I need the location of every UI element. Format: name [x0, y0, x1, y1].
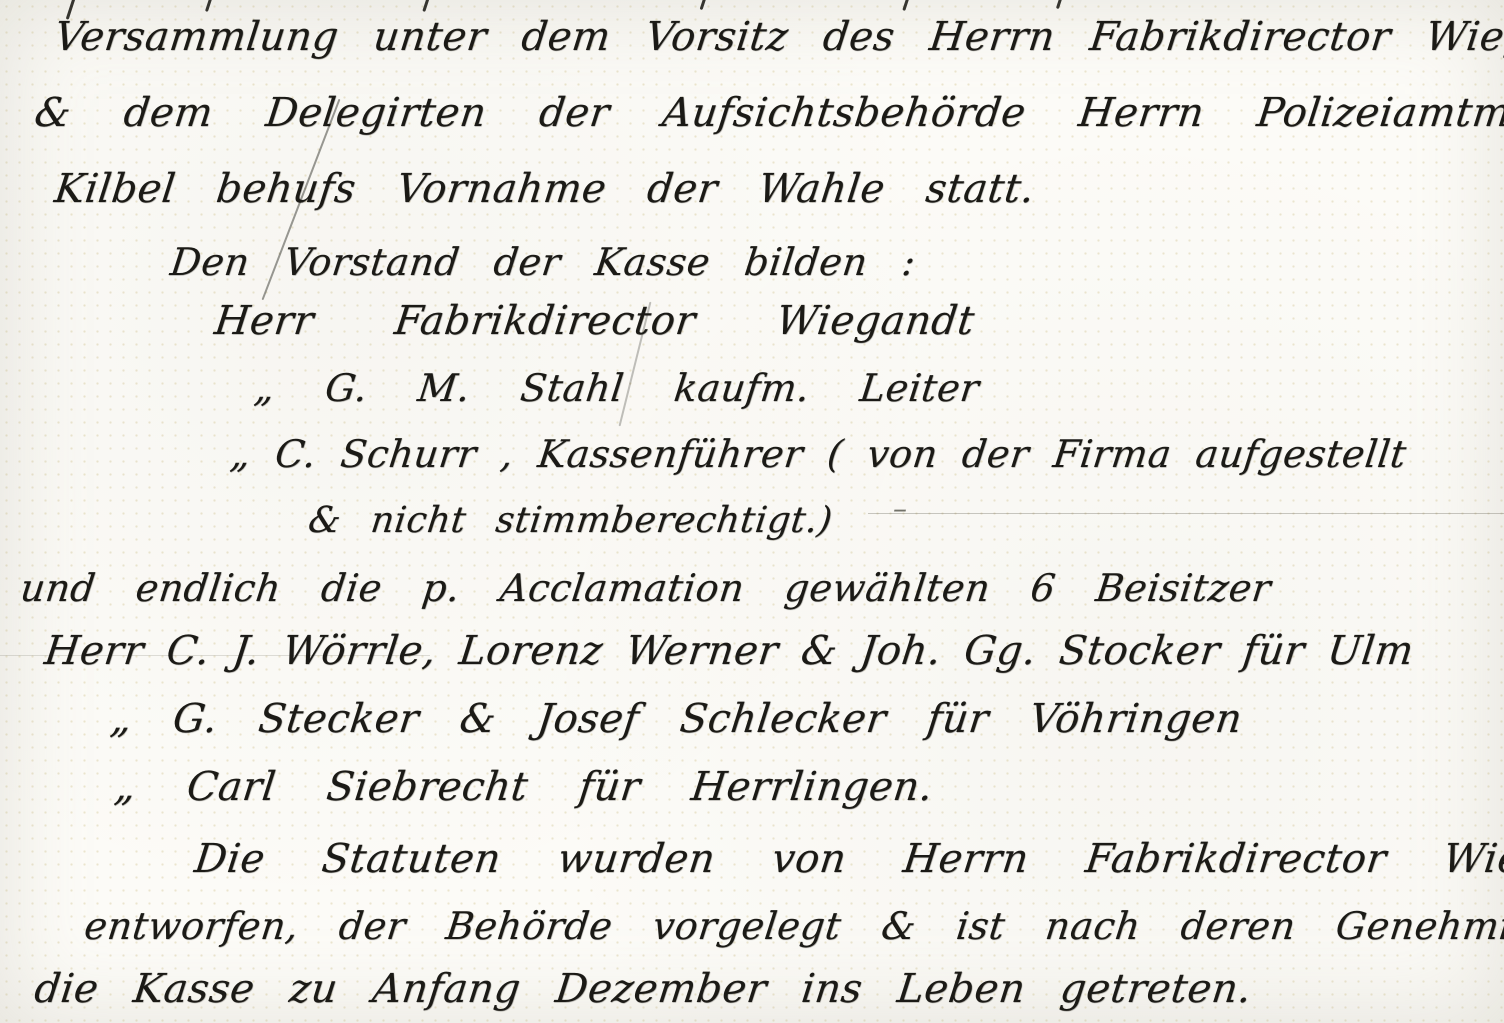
cutoff-stroke	[422, 0, 430, 12]
manuscript-line: und endlich die p. Acclamation gewählten…	[18, 566, 1273, 610]
manuscript-line: die Kasse zu Anfang Dezember ins Leben g…	[32, 966, 1254, 1012]
manuscript-scan-page: – Versammlung unter dem Vorsitz des Herr…	[0, 0, 1504, 1023]
manuscript-line: „ C. Schurr , Kassenführer ( von der Fir…	[228, 432, 1409, 476]
manuscript-line: & nicht stimmberechtigt.)	[306, 500, 835, 541]
manuscript-line: Den Vorstand der Kasse bilden :	[168, 240, 918, 284]
manuscript-line: & dem Delegirten der Aufsichtsbehörde He…	[32, 90, 1504, 136]
manuscript-line: „ G. M. Stahl kaufm. Leiter	[252, 366, 982, 410]
cutoff-stroke	[205, 0, 214, 12]
manuscript-line: Versammlung unter dem Vorsitz des Herrn …	[52, 14, 1504, 60]
manuscript-line: entworfen, der Behörde vorgelegt & ist n…	[82, 904, 1504, 948]
manuscript-line: Kilbel behufs Vornahme der Wahle statt.	[52, 166, 1037, 212]
cutoff-stroke	[700, 0, 708, 10]
manuscript-line: Die Statuten wurden von Herrn Fabrikdire…	[192, 836, 1504, 882]
scan-artifact-line	[868, 513, 1504, 514]
scan-artifact-dash: –	[893, 492, 907, 525]
manuscript-line: „ Carl Siebrecht für Herrlingen.	[112, 764, 936, 810]
manuscript-line: „ G. Stecker & Josef Schlecker für Vöhri…	[108, 696, 1245, 742]
manuscript-line: Herr C. J. Wörrle, Lorenz Werner & Joh. …	[42, 628, 1416, 674]
manuscript-line: Herr Fabrikdirector Wiegandt	[212, 298, 977, 344]
cutoff-stroke	[902, 0, 910, 11]
cutoff-stroke	[1056, 0, 1063, 9]
